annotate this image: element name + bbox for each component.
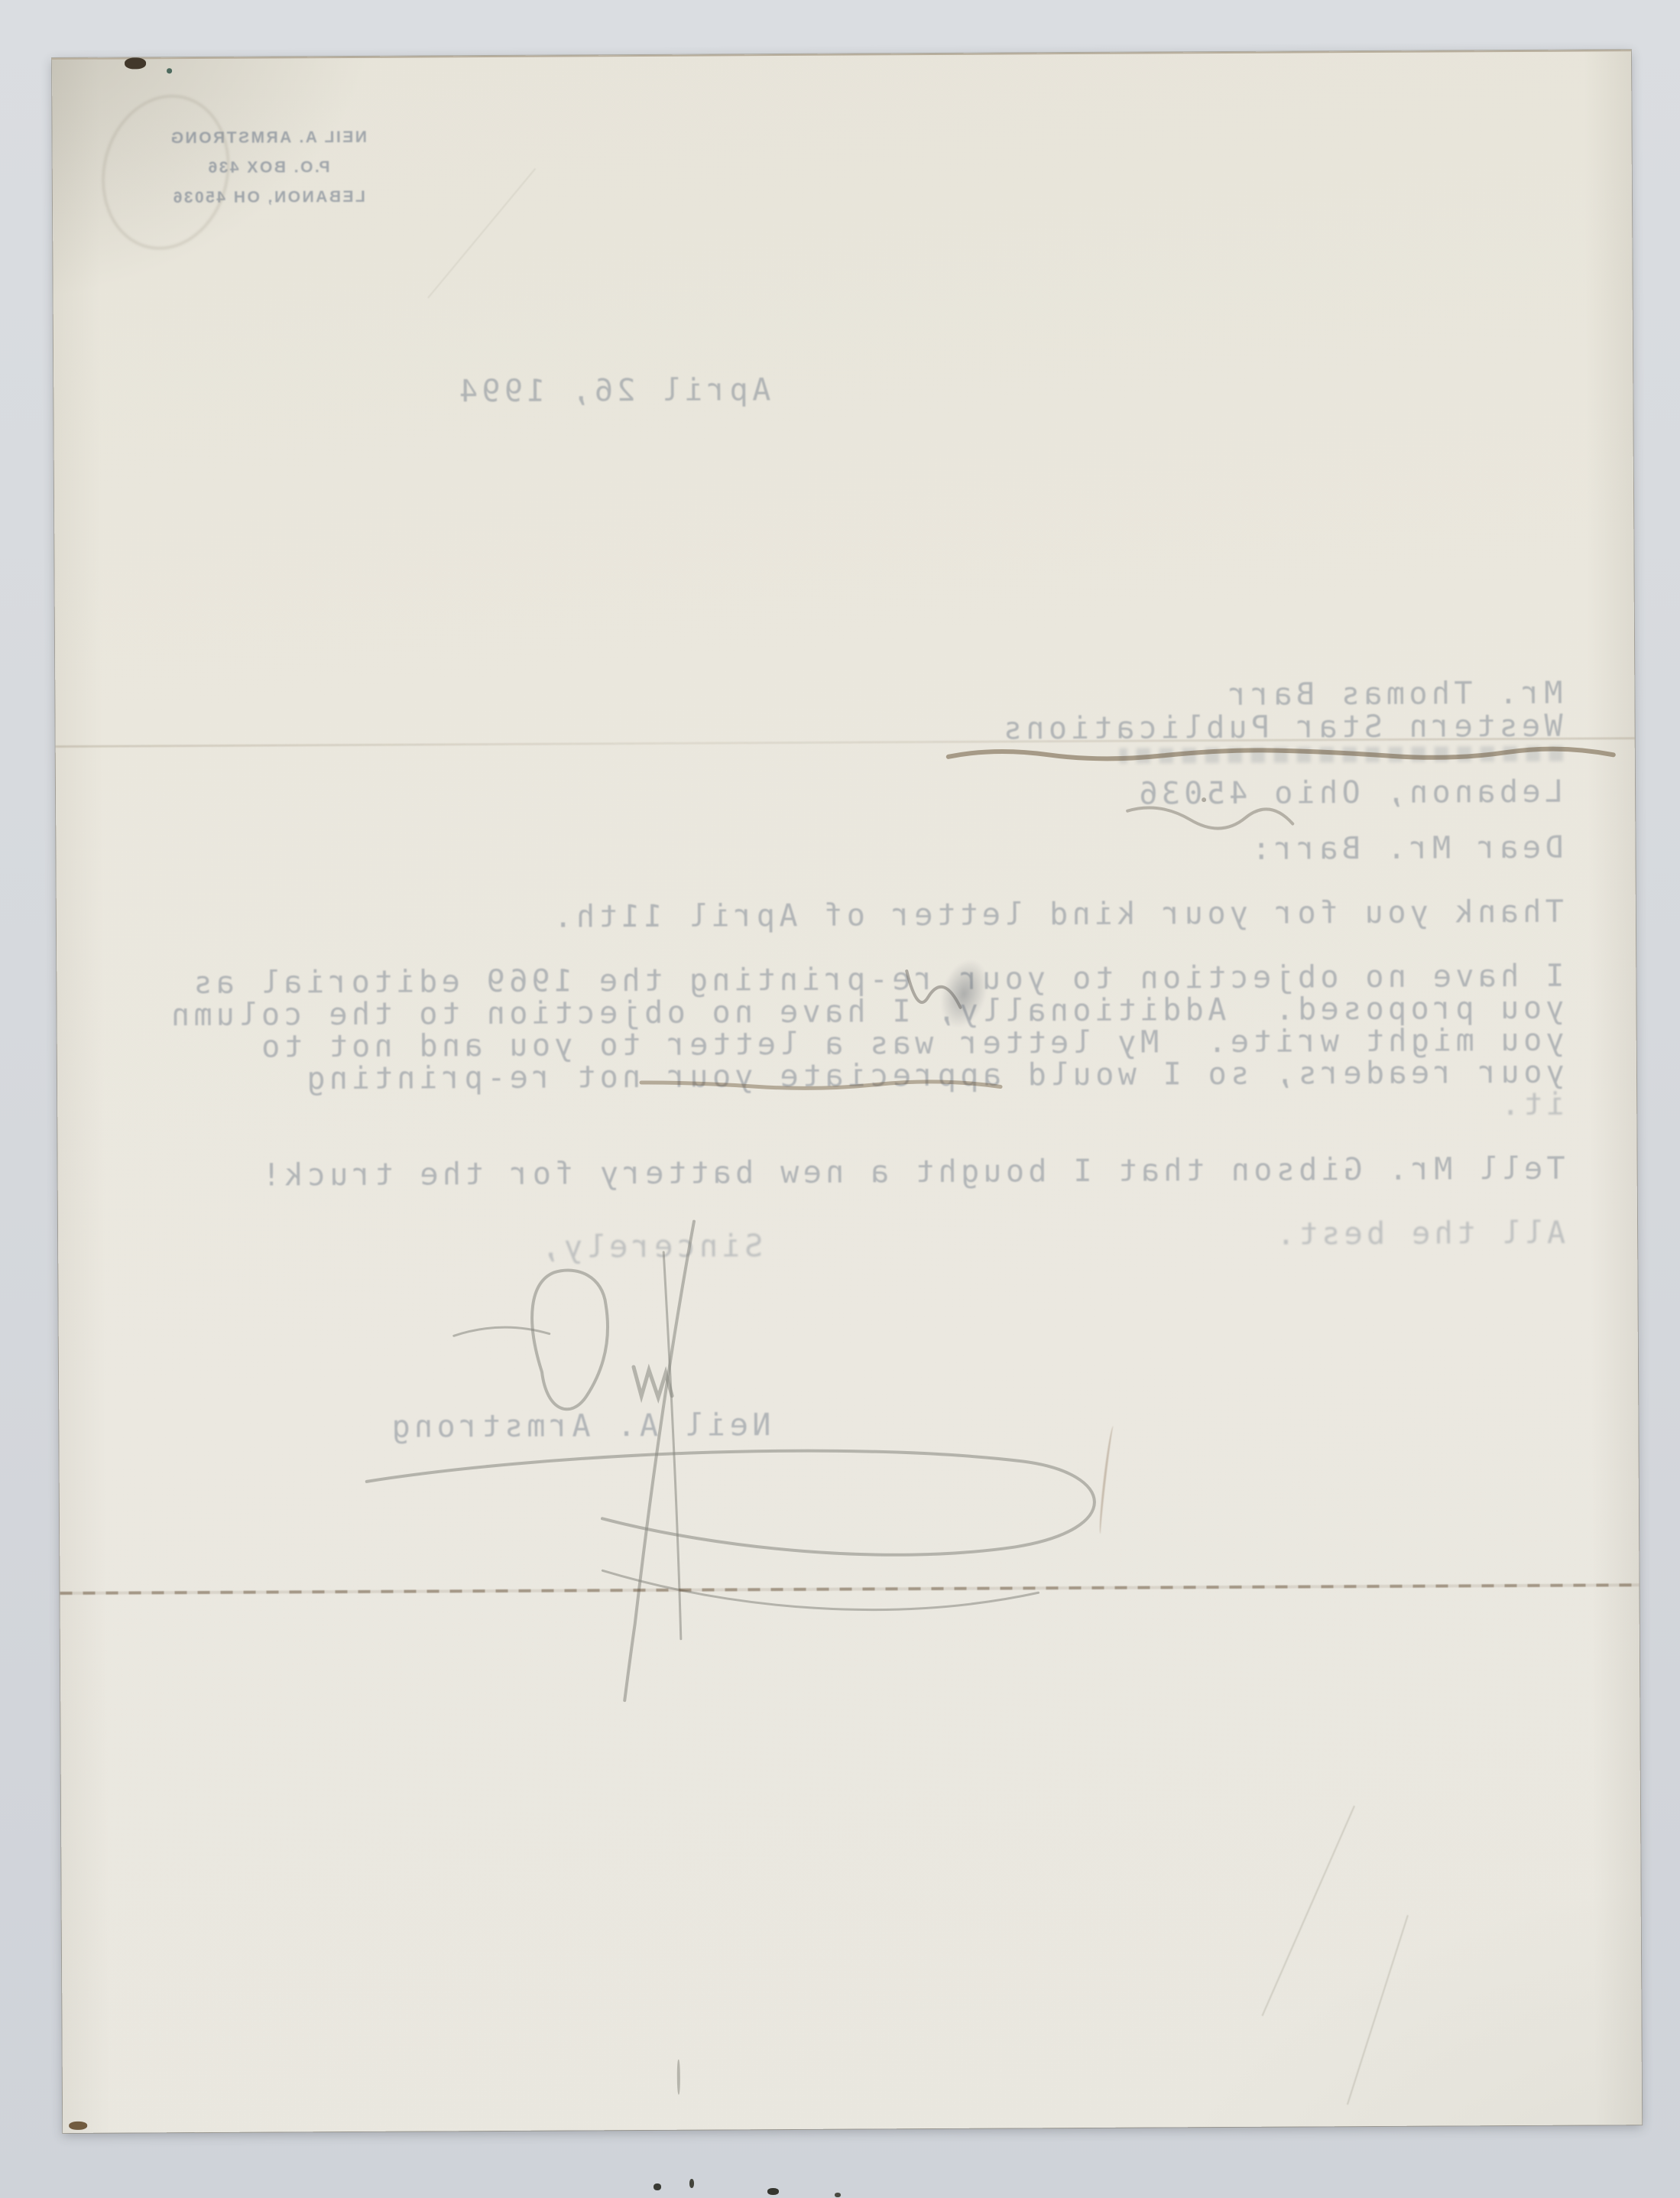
ghost-closing: Sincerely, <box>537 1230 763 1264</box>
fold-crease-lower <box>60 1583 1639 1595</box>
top-edge-notch <box>125 57 146 69</box>
signature-showthrough-icon <box>349 1208 1192 1717</box>
ghost-body-p2-l1: I have no objection to your re-printing … <box>190 960 1565 999</box>
showthrough-layer: NEIL A. ARMSTRONG P.O. BOX 436 LEBANON, … <box>52 51 1642 2133</box>
scratch-line-3 <box>427 168 536 299</box>
ghost-recipient-city: Lebanon, Ohio 45036 <box>1135 776 1563 810</box>
green-speck <box>167 68 172 73</box>
pencil-smudge <box>932 953 996 1034</box>
fiber-mark <box>677 2060 680 2095</box>
backdrop-speck-1 <box>654 2183 661 2190</box>
ghost-body-p2-l3: you might write. My letter was a letter … <box>258 1024 1565 1063</box>
photo-backdrop: NEIL A. ARMSTRONG P.O. BOX 436 LEBANON, … <box>0 0 1680 2198</box>
corner-stain <box>69 2122 87 2130</box>
pen-strikethrough-address-icon <box>936 724 1624 781</box>
backdrop-speck-4 <box>835 2193 841 2197</box>
ghost-body-p4: All the best. <box>1273 1217 1565 1251</box>
letter-verso-sheet: NEIL A. ARMSTRONG P.O. BOX 436 LEBANON, … <box>52 50 1642 2133</box>
embossed-seal-showthrough-icon <box>86 82 245 263</box>
ghost-body-p2-l4: your readers, so I would appreciate your… <box>303 1057 1565 1096</box>
ghost-body-p1: Thank you for your kind letter of April … <box>550 896 1564 933</box>
crease-scar-mark <box>1098 1426 1117 1534</box>
scratch-line-1 <box>1262 1806 1355 2017</box>
ghost-typed-name: Neil A. Armstrong <box>388 1409 770 1443</box>
fold-crease-upper <box>56 737 1635 748</box>
ghost-salutation: Dear Mr. Barr: <box>1248 832 1564 865</box>
ghost-body-p2-l5: it. <box>1497 1089 1565 1121</box>
ghost-recipient-street-struck <box>1120 746 1563 764</box>
pen-strikethrough-body-icon <box>628 1060 1010 1109</box>
pen-annotation-squiggle-icon <box>1118 788 1302 850</box>
scratch-line-2 <box>1347 1915 1409 2105</box>
backdrop-speck-2 <box>689 2179 694 2188</box>
ghost-date: April 26, 1994 <box>455 374 770 407</box>
ghost-recipient-name: Mr. Thomas Barr <box>1224 677 1562 711</box>
backdrop-speck-3 <box>767 2188 779 2195</box>
ghost-body-p2-l2: you proposed. Additionally, I have no ob… <box>167 992 1565 1032</box>
ghost-body-p3: Tell Mr. Gibson that I bought a new batt… <box>258 1153 1565 1192</box>
